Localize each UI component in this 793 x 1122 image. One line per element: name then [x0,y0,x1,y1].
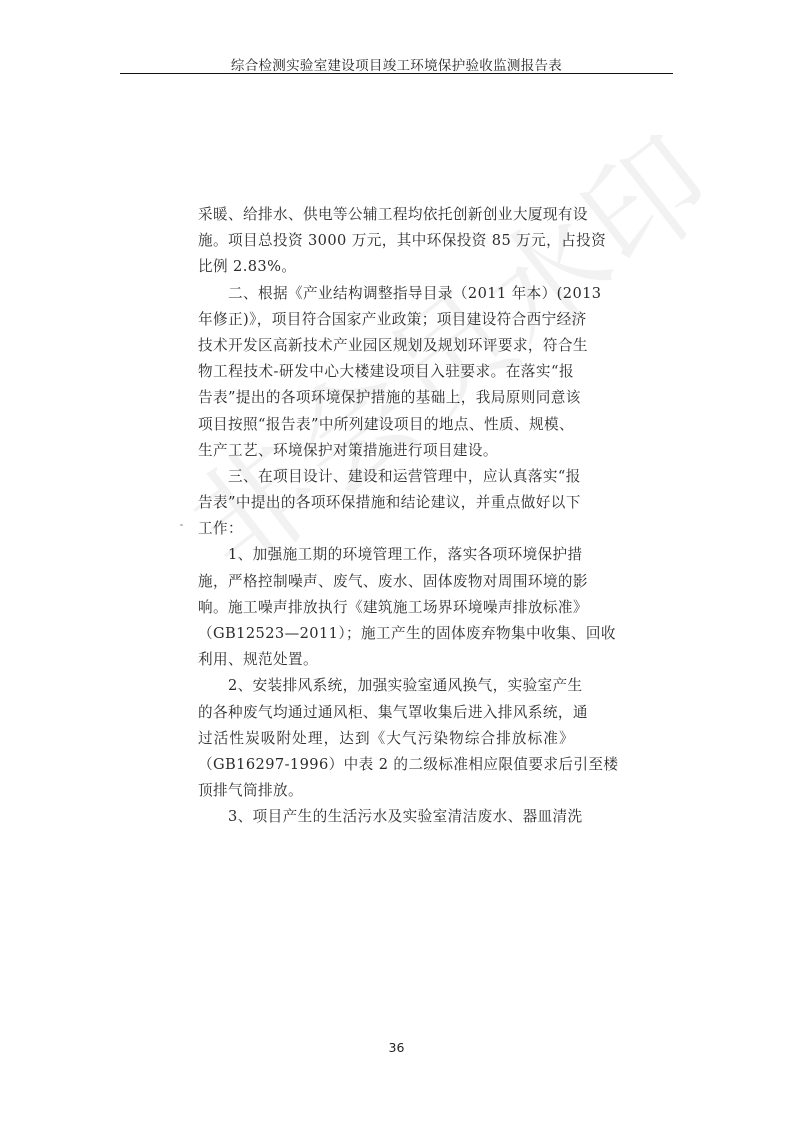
text-line: 过活性炭吸附处理，达到《大气污染物综合排放标准》 [198,726,574,752]
text-line: 告表”提出的各项环境保护措施的基础上，我局原则同意该 [198,385,574,411]
text-line: 施。项目总投资 3000 万元，其中环保投资 85 万元，占投资 [198,228,574,254]
text-line: 比例 2.83%。 [198,254,574,280]
text-line: 告表”中提出的各项环保措施和结论建议，并重点做好以下 [198,490,574,516]
document-header-title: 综合检测实验室建设项目竣工环境保护验收监测报告表 [120,54,673,74]
text-line: （GB16297-1996）中表 2 的二级标准相应限值要求后引至楼 [198,752,574,778]
text-line: （GB12523—2011）；施工产生的固体废弃物集中收集、回收 [198,621,574,647]
text-line: 响。施工噪声排放执行《建筑施工场界环境噪声排放标准》 [198,595,574,621]
paragraph: 采暖、给排水、供电等公辅工程均依托创新创业大厦现有设 施。项目总投资 3000 … [198,202,574,281]
text-line: 顶排气筒排放。 [198,778,574,804]
header-divider [120,73,673,74]
paragraph: 三、在项目设计、建设和运营管理中，应认真落实“报 告表”中提出的各项环保措施和结… [198,464,574,543]
text-line: 工作： [198,516,574,542]
scan-artifact [180,524,183,526]
text-line: 年修正)》，项目符合国家产业政策；项目建设符合西宁经济 [198,307,574,333]
text-line: 施，严格控制噪声、废气、废水、固体废物对周围环境的影 [198,569,574,595]
text-line: 利用、规范处置。 [198,647,574,673]
page-number: 36 [0,1040,793,1055]
paragraph: 二、根据《产业结构调整指导目录（2011 年本）(2013 年修正)》，项目符合… [198,281,574,464]
document-body: 采暖、给排水、供电等公辅工程均依托创新创业大厦现有设 施。项目总投资 3000 … [198,202,574,831]
text-line: 1、加强施工期的环境管理工作，落实各项环境保护措 [198,542,574,568]
text-line: 技术开发区高新技术产业园区规划及规划环评要求，符合生 [198,333,574,359]
text-line: 二、根据《产业结构调整指导目录（2011 年本）(2013 [198,281,574,307]
paragraph: 1、加强施工期的环境管理工作，落实各项环境保护措 施，严格控制噪声、废气、废水、… [198,542,574,673]
text-line: 物工程技术-研发中心大楼建设项目入驻要求。在落实“报 [198,359,574,385]
text-line: 采暖、给排水、供电等公辅工程均依托创新创业大厦现有设 [198,202,574,228]
text-line: 三、在项目设计、建设和运营管理中，应认真落实“报 [198,464,574,490]
text-line: 3、项目产生的生活污水及实验室清洁废水、器皿清洗 [198,804,574,830]
text-line: 项目按照“报告表”中所列建设项目的地点、性质、规模、 [198,412,574,438]
paragraph: 3、项目产生的生活污水及实验室清洁废水、器皿清洗 [198,804,574,830]
text-line: 2、安装排风系统，加强实验室通风换气，实验室产生 [198,673,574,699]
paragraph: 2、安装排风系统，加强实验室通风换气，实验室产生 的各种废气均通过通风柜、集气罩… [198,673,574,804]
text-line: 生产工艺、环境保护对策措施进行项目建设。 [198,438,574,464]
text-line: 的各种废气均通过通风柜、集气罩收集后进入排风系统，通 [198,700,574,726]
